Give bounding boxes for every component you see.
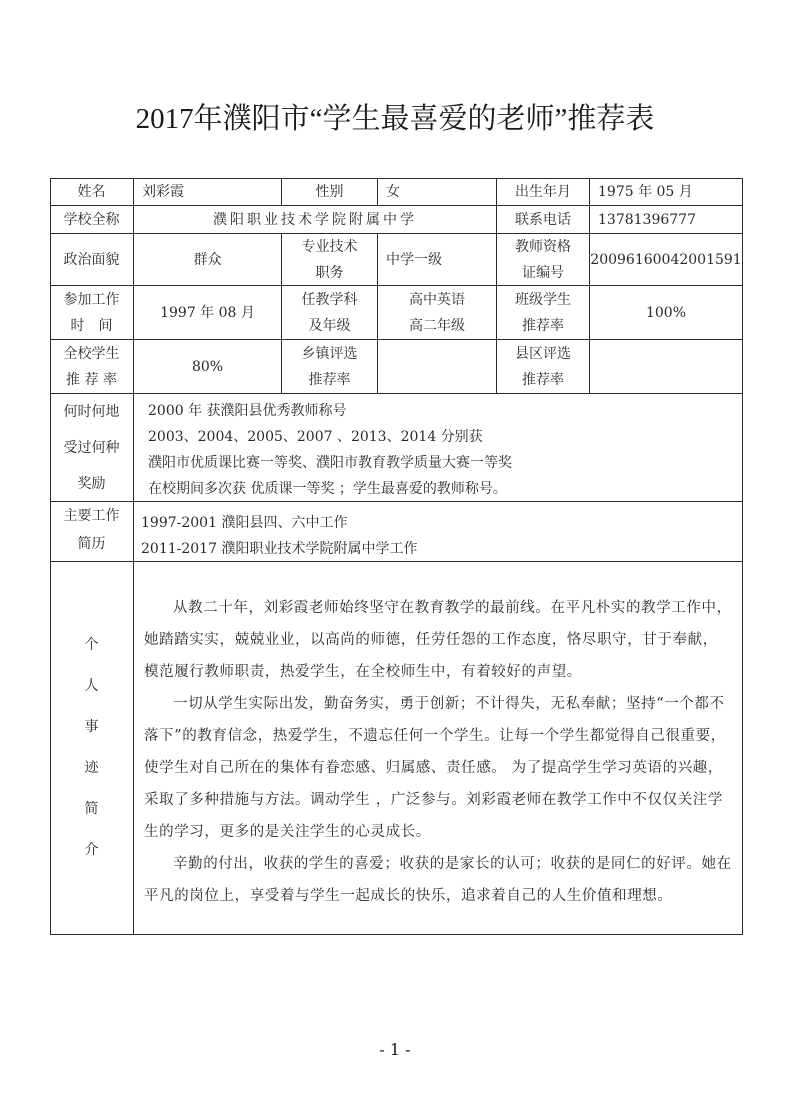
awards-label-line2: 受过何种 [64,430,120,466]
class-rate-label-line1: 班级学生 [515,287,571,313]
school-label: 学校全称 [50,206,134,234]
county-rate-label-line2: 推荐率 [522,367,564,393]
bio-label: 个 人 事 迹 简 介 [50,562,134,935]
work-start-label-line1: 参加工作 [64,287,120,313]
professional-title-label-line1: 专业技术 [302,234,358,260]
political-label: 政治面貌 [50,234,134,286]
subject-label-line2: 及年级 [309,313,351,339]
school-rate-label-line2: 推 荐 率 [66,367,117,393]
bio-paragraph: 从教二十年，刘彩霞老师始终坚守在教育教学的最前线。在平凡朴实的教学工作中，她踏踏… [144,592,732,688]
resume-label-line1: 主要工作 [64,502,120,530]
school-rate-value: 80% [134,340,282,394]
awards-content: 2000 年 获濮阳县优秀教师称号 2003、2004、2005、2007 、2… [134,394,743,502]
town-rate-label-line1: 乡镇评选 [302,341,358,367]
name-value: 刘彩霞 [134,178,282,206]
class-rate-label: 班级学生 推荐率 [497,286,590,340]
awards-label-line1: 何时何地 [64,394,120,430]
professional-title-label: 专业技术 职务 [282,234,378,286]
bio-label-char: 人 [85,666,99,707]
page-number: - 1 - [0,1040,790,1059]
birth-label: 出生年月 [497,178,590,206]
county-rate-label: 县区评选 推荐率 [497,340,590,394]
name-label: 姓名 [50,178,134,206]
work-start-label-line2: 时 间 [71,313,113,339]
birth-value: 1975 年 05 月 [590,178,743,206]
subject-value-line2: 高二年级 [409,313,465,339]
bio-label-char: 事 [85,707,99,748]
work-start-label: 参加工作 时 间 [50,286,134,340]
phone-value: 13781396777 [590,206,743,234]
cert-value: 20096160042001591 [590,234,743,286]
gender-label: 性别 [282,178,378,206]
resume-line: 1997-2001 濮阳县四、六中工作 [141,510,742,536]
resume-label: 主要工作 简历 [50,502,134,562]
bio-label-char: 简 [85,789,99,830]
school-value: 濮阳职业技术学院附属中学 [134,206,497,234]
town-rate-label: 乡镇评选 推荐率 [282,340,378,394]
professional-title-value: 中学一级 [378,234,497,286]
awards-label-line3: 奖励 [78,466,106,502]
cert-label-line1: 教师资格 [515,234,571,260]
bio-label-char: 介 [85,830,99,871]
phone-label: 联系电话 [497,206,590,234]
bio-label-char: 迹 [85,748,99,789]
subject-value: 高中英语 高二年级 [378,286,497,340]
award-line: 2003、2004、2005、2007 、2013、2014 分别获 [148,424,742,450]
recommendation-form-table: 姓名 刘彩霞 性别 女 出生年月 1975 年 05 月 学校全称 濮阳职业技术… [50,178,743,935]
town-rate-value [378,340,497,394]
page-title: 2017年濮阳市“学生最喜爱的老师”推荐表 [0,96,790,137]
award-line: 濮阳市优质课比赛一等奖、濮阳市教育教学质量大赛一等奖 [148,450,742,476]
subject-label-line1: 任教学科 [302,287,358,313]
bio-paragraph: 辛勤的付出，收获的学生的喜爱；收获的是家长的认可；收获的是同仁的好评。她在平凡的… [144,848,732,912]
class-rate-value: 100% [590,286,743,340]
political-value: 群众 [134,234,282,286]
awards-label: 何时何地 受过何种 奖励 [50,394,134,502]
county-rate-value [590,340,743,394]
county-rate-label-line1: 县区评选 [515,341,571,367]
subject-value-line1: 高中英语 [409,287,465,313]
gender-value: 女 [378,178,497,206]
bio-content: 从教二十年，刘彩霞老师始终坚守在教育教学的最前线。在平凡朴实的教学工作中，她踏踏… [134,562,743,935]
resume-line: 2011-2017 濮阳职业技术学院附属中学工作 [141,536,742,562]
bio-label-char: 个 [85,625,99,666]
award-line: 在校期间多次获 优质课一等奖 ；学生最喜爱的教师称号。 [148,476,742,502]
school-rate-label: 全校学生 推 荐 率 [50,340,134,394]
bio-paragraph: 一切从学生实际出发，勤奋务实，勇于创新；不计得失，无私奉献；坚持“一个都不落下”… [144,688,732,848]
work-start-value: 1997 年 08 月 [134,286,282,340]
cert-label-line2: 证编号 [522,260,564,286]
award-line: 2000 年 获濮阳县优秀教师称号 [148,398,742,424]
town-rate-label-line2: 推荐率 [309,367,351,393]
subject-label: 任教学科 及年级 [282,286,378,340]
school-rate-label-line1: 全校学生 [64,341,120,367]
professional-title-label-line2: 职务 [316,260,344,286]
resume-label-line2: 简历 [78,530,106,558]
cert-label: 教师资格 证编号 [497,234,590,286]
resume-content: 1997-2001 濮阳县四、六中工作 2011-2017 濮阳职业技术学院附属… [134,502,743,562]
class-rate-label-line2: 推荐率 [522,313,564,339]
